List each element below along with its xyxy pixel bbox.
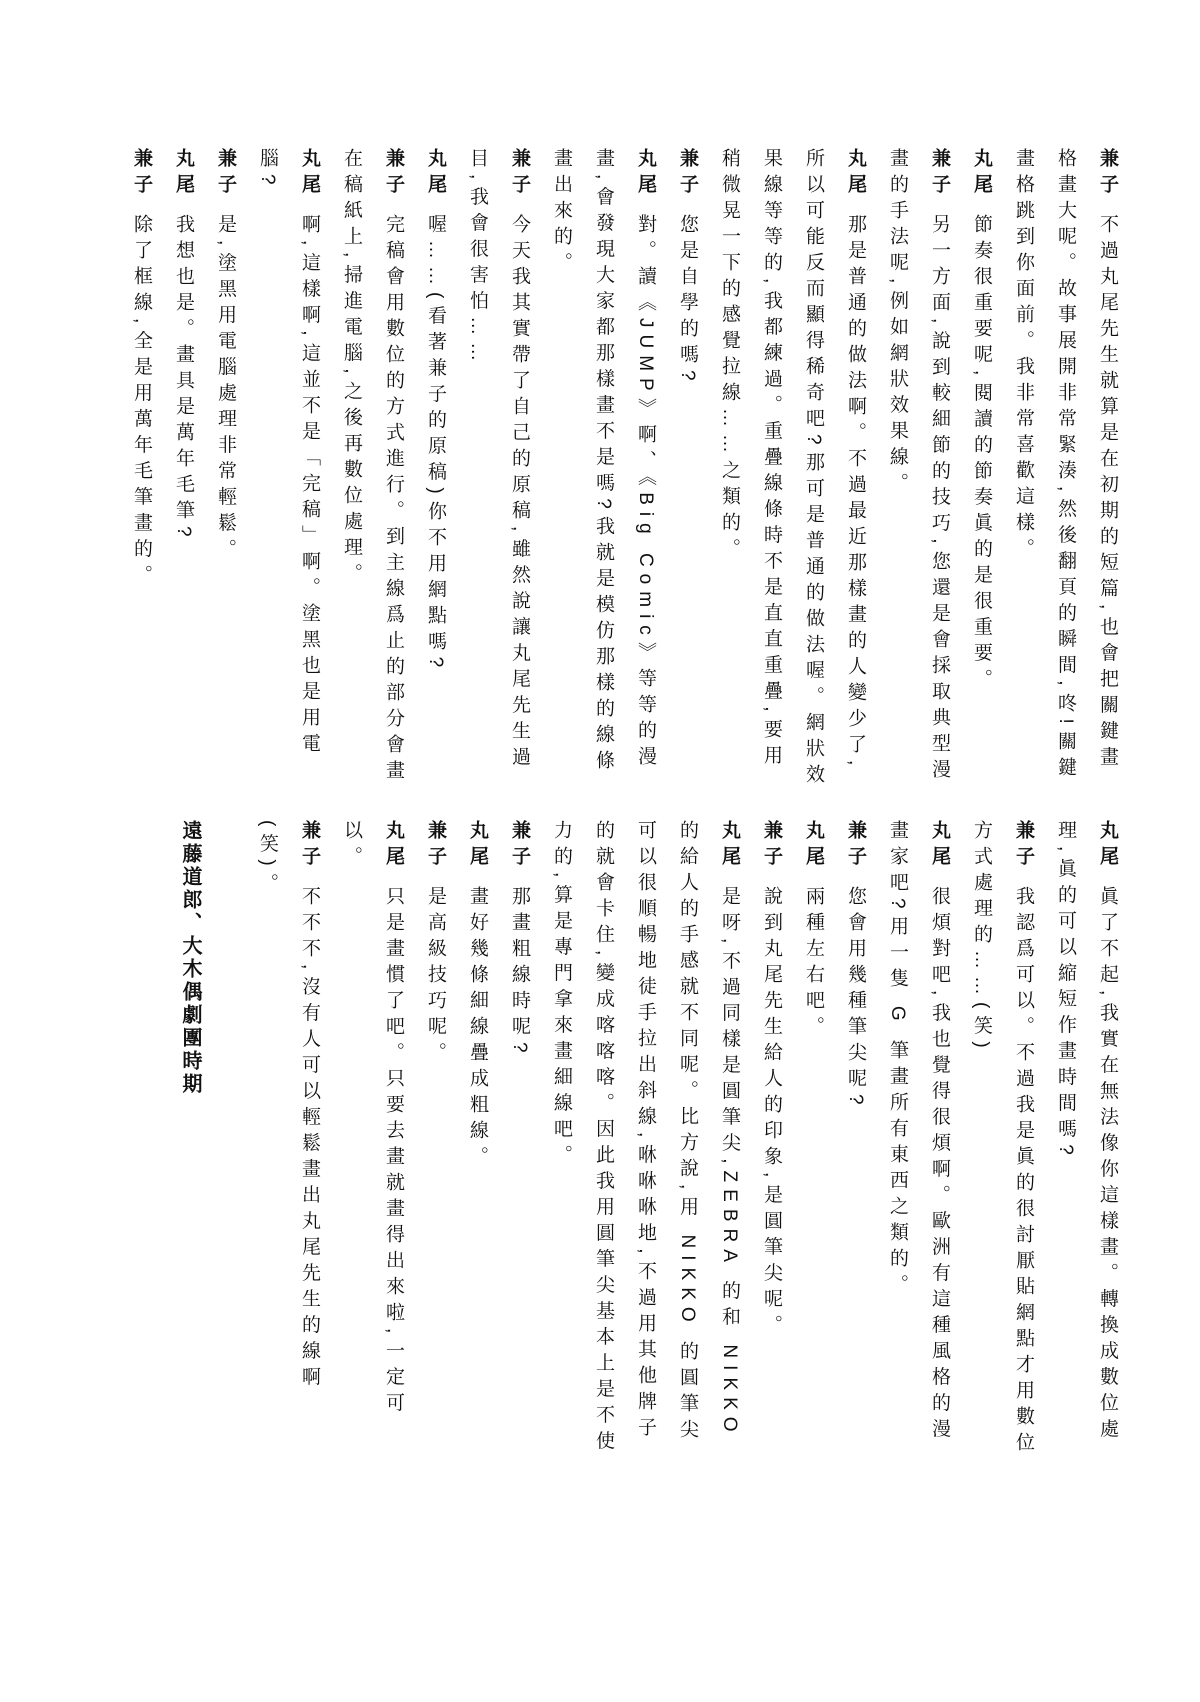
dialogue-text: 只是畫慣了吧。只要去畫就畫得出來啦,一定可以。 [341,820,404,1418]
speaker-name: 丸尾 [467,820,488,872]
dialogue-paragraph: 丸尾是呀,不過同樣是圓筆尖,ZEBRA 的和 NIKKO 的給人的手感就不同呢。… [540,820,750,1462]
dialogue-text: 不過丸尾先生就算是在初期的短篇,也會把關鍵畫格畫大呢。故事展開非常緊湊,然後翻頁… [1013,148,1118,783]
speaker-name: 丸尾 [299,148,320,200]
dialogue-text: 兩種左右吧。 [803,886,824,1042]
speaker-name: 兼子 [1097,148,1118,200]
dialogue-paragraph: 兼子完稿會用數位的方式進行。到主線爲止的部分會畫在稿紙上,掃進電腦,之後再數位處… [330,148,414,790]
dialogue-paragraph: 兼子是高級技巧呢。 [414,820,456,1462]
dialogue-text: 節奏很重要呢,閱讀的節奏眞的是很重要。 [971,214,992,694]
dialogue-paragraph: 兼子我認爲可以。不過我是眞的很討厭貼網點才用數位方式處理的……(笑) [960,820,1044,1462]
speaker-name: 兼子 [299,820,320,872]
dialogue-paragraph: 兼子是,塗黑用電腦處理非常輕鬆。 [204,148,246,790]
speaker-name: 兼子 [215,148,236,200]
speaker-name: 兼子 [425,820,446,872]
book-page: 兼子不過丸尾先生就算是在初期的短篇,也會把關鍵畫格畫大呢。故事展開非常緊湊,然後… [0,0,1200,1702]
speaker-name: 兼子 [131,148,152,200]
speaker-name: 丸尾 [803,820,824,872]
dialogue-text: 不不不,沒有人可以輕鬆畫出丸尾先生的線啊(笑)。 [257,820,320,1392]
dialogue-text: 很煩對吧,我也覺得很煩啊。歐洲有這種風格的漫畫家吧?用一隻 G 筆畫所有東西之類… [887,820,950,1444]
dialogue-text: 對。讀《JUMP》啊、《Big Comic》等等的漫畫,會發現大家都那樣畫不是嗎… [551,148,656,776]
interview-part-2: 丸尾眞了不起,我實在無法像你這樣畫。轉換成數位處理,眞的可以縮短作畫時間嗎? 兼… [168,820,1128,1462]
dialogue-paragraph: 兼子不過丸尾先生就算是在初期的短篇,也會把關鍵畫格畫大呢。故事展開非常緊湊,然後… [1002,148,1128,790]
dialogue-paragraph: 兼子您會用幾種筆尖呢? [834,820,876,1462]
dialogue-paragraph: 丸尾啊,這樣啊,這並不是「完稿」啊。塗黑也是用電腦? [246,148,330,790]
dialogue-paragraph: 丸尾喔……(看著兼子的原稿)你不用網點嗎? [414,148,456,790]
interview-part-1: 兼子不過丸尾先生就算是在初期的短篇,也會把關鍵畫格畫大呢。故事展開非常緊湊,然後… [120,148,1128,790]
speaker-name: 丸尾 [425,148,446,200]
speaker-name: 兼子 [383,148,404,200]
dialogue-text: 除了框線,全是用萬年毛筆畫的。 [131,214,152,590]
dialogue-text: 畫好幾條細線疊成粗線。 [467,886,488,1172]
dialogue-paragraph: 丸尾只是畫慣了吧。只要去畫就畫得出來啦,一定可以。 [330,820,414,1462]
speaker-name: 丸尾 [383,820,404,872]
section-heading: 遠藤道郎、大木偶劇團時期 [168,820,212,1462]
speaker-name: 兼子 [509,148,530,200]
dialogue-text: 喔……(看著兼子的原稿)你不用網點嗎? [425,214,446,674]
dialogue-paragraph: 兼子說到丸尾先生給人的印象,是圓筆尖呢。 [750,820,792,1462]
speaker-name: 丸尾 [719,820,740,872]
dialogue-text: 您會用幾種筆尖呢? [845,886,866,1112]
dialogue-text: 啊,這樣啊,這並不是「完稿」啊。塗黑也是用電腦? [257,148,320,759]
dialogue-paragraph: 丸尾很煩對吧,我也覺得很煩啊。歐洲有這種風格的漫畫家吧?用一隻 G 筆畫所有東西… [876,820,960,1462]
speaker-name: 兼子 [677,148,698,200]
speaker-name: 兼子 [929,148,950,200]
dialogue-text: 我想也是。畫具是萬年毛筆? [173,214,194,544]
dialogue-paragraph: 丸尾那是普通的做法啊。不過最近那樣畫的人變少了,所以可能反而顯得稀奇吧?那可是普… [708,148,876,790]
dialogue-paragraph: 丸尾眞了不起,我實在無法像你這樣畫。轉換成數位處理,眞的可以縮短作畫時間嗎? [1044,820,1128,1462]
dialogue-paragraph: 兼子不不不,沒有人可以輕鬆畫出丸尾先生的線啊(笑)。 [246,820,330,1462]
dialogue-text: 是,塗黑用電腦處理非常輕鬆。 [215,214,236,564]
dialogue-text: 我認爲可以。不過我是眞的很討厭貼網點才用數位方式處理的……(笑) [971,820,1034,1458]
speaker-name: 丸尾 [635,148,656,200]
dialogue-text: 說到丸尾先生給人的印象,是圓筆尖呢。 [761,886,782,1340]
dialogue-text: 是呀,不過同樣是圓筆尖,ZEBRA 的和 NIKKO 的給人的手感就不同呢。比方… [551,820,740,1456]
dialogue-text: 今天我其實帶了自己的原稿,雖然說讓丸尾先生過目,我會很害怕…… [467,148,530,772]
dialogue-paragraph: 丸尾節奏很重要呢,閱讀的節奏眞的是很重要。 [960,148,1002,790]
speaker-name: 兼子 [761,820,782,872]
speaker-name: 兼子 [509,820,530,872]
speaker-name: 丸尾 [971,148,992,200]
dialogue-paragraph: 丸尾兩種左右吧。 [792,820,834,1462]
speaker-name: 丸尾 [173,148,194,200]
dialogue-text: 眞了不起,我實在無法像你這樣畫。轉換成數位處理,眞的可以縮短作畫時間嗎? [1055,820,1118,1444]
dialogue-text: 另一方面,說到較細節的技巧,您還是會採取典型漫畫的手法呢,例如網狀效果線。 [887,148,950,785]
dialogue-text: 是高級技巧呢。 [425,886,446,1068]
speaker-name: 丸尾 [1097,820,1118,872]
dialogue-text: 完稿會用數位的方式進行。到主線爲止的部分會畫在稿紙上,掃進電腦,之後再數位處理。 [341,148,404,786]
dialogue-paragraph: 丸尾對。讀《JUMP》啊、《Big Comic》等等的漫畫,會發現大家都那樣畫不… [540,148,666,790]
speaker-name: 丸尾 [845,148,866,200]
dialogue-paragraph: 兼子您是自學的嗎? [666,148,708,790]
dialogue-paragraph: 兼子那畫粗線時呢? [498,820,540,1462]
dialogue-paragraph: 兼子除了框線,全是用萬年毛筆畫的。 [120,148,162,790]
speaker-name: 兼子 [845,820,866,872]
dialogue-paragraph: 丸尾我想也是。畫具是萬年毛筆? [162,148,204,790]
dialogue-paragraph: 兼子另一方面,說到較細節的技巧,您還是會採取典型漫畫的手法呢,例如網狀效果線。 [876,148,960,790]
speaker-name: 兼子 [1013,820,1034,872]
dialogue-text: 您是自學的嗎? [677,214,698,388]
speaker-name: 丸尾 [929,820,950,872]
dialogue-text: 那是普通的做法啊。不過最近那樣畫的人變少了,所以可能反而顯得稀奇吧?那可是普通的… [719,148,866,790]
dialogue-text: 那畫粗線時呢? [509,886,530,1060]
dialogue-paragraph: 兼子今天我其實帶了自己的原稿,雖然說讓丸尾先生過目,我會很害怕…… [456,148,540,790]
dialogue-paragraph: 丸尾畫好幾條細線疊成粗線。 [456,820,498,1462]
